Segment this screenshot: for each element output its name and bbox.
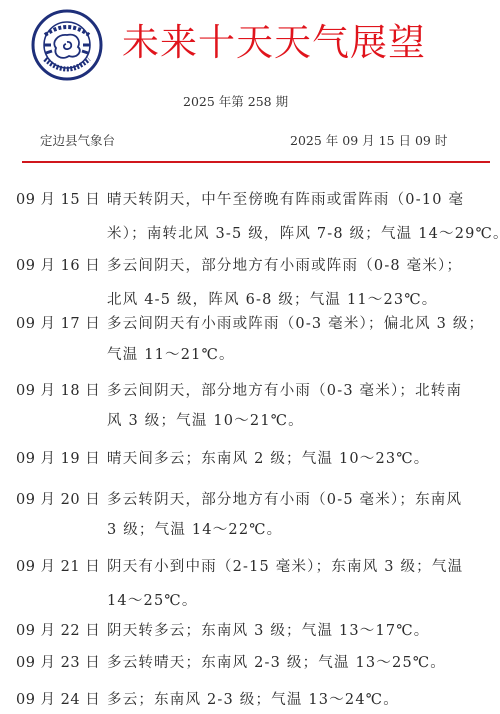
forecast-text-line: 多云间阴天有小雨或阵雨（0-3 毫米）；偏北风 3 级；	[107, 312, 484, 333]
station-name: 定边县气象台	[40, 131, 115, 149]
page-title: 未来十天天气展望	[122, 18, 422, 68]
forecast-date: 09 月 24 日	[16, 688, 100, 709]
forecast-date: 09 月 15 日	[16, 188, 100, 209]
forecast-date: 09 月 19 日	[16, 447, 100, 468]
forecast-date: 09 月 22 日	[16, 619, 100, 640]
china-meteorology-logo-icon	[31, 9, 103, 81]
header-divider	[22, 161, 490, 163]
forecast-text-line: 北风 4-5 级，阵风 6-8 级；气温 11～23℃。	[107, 288, 437, 309]
forecast-text-line: 14～25℃。	[107, 589, 198, 610]
issued-time: 2025 年 09 月 15 日 09 时	[290, 131, 447, 149]
forecast-date: 09 月 23 日	[16, 651, 100, 672]
forecast-text-line: 多云转晴天；东南风 2-3 级；气温 13～25℃。	[107, 651, 446, 672]
forecast-date: 09 月 20 日	[16, 488, 100, 509]
forecast-text-line: 米）；南转北风 3-5 级，阵风 7-8 级；气温 14～29℃。	[107, 222, 500, 243]
forecast-date: 09 月 17 日	[16, 312, 100, 333]
forecast-text-line: 多云；东南风 2-3 级；气温 13～24℃。	[107, 688, 399, 709]
forecast-date: 09 月 21 日	[16, 555, 100, 576]
forecast-text-line: 多云间阴天，部分地方有小雨（0-3 毫米）；北转南	[107, 379, 462, 400]
issue-number: 2025 年第 258 期	[183, 92, 288, 110]
forecast-text-line: 多云转阴天，部分地方有小雨（0-5 毫米）；东南风	[107, 488, 462, 509]
forecast-text-line: 阴天转多云；东南风 3 级；气温 13～17℃。	[107, 619, 429, 640]
forecast-text-line: 多云间阴天，部分地方有小雨或阵雨（0-8 毫米）；	[107, 254, 462, 275]
forecast-text-line: 气温 11～21℃。	[107, 343, 235, 364]
forecast-text-line: 晴天转阴天，中午至傍晚有阵雨或雷阵雨（0-10 毫	[107, 188, 464, 209]
forecast-text-line: 阴天有小到中雨（2-15 毫米）；东南风 3 级；气温	[107, 555, 463, 576]
forecast-text-line: 晴天间多云；东南风 2 级；气温 10～23℃。	[107, 447, 429, 468]
forecast-text-line: 3 级；气温 14～22℃。	[107, 518, 282, 539]
forecast-date: 09 月 18 日	[16, 379, 100, 400]
forecast-text-line: 风 3 级；气温 10～21℃。	[107, 409, 304, 430]
forecast-date: 09 月 16 日	[16, 254, 100, 275]
